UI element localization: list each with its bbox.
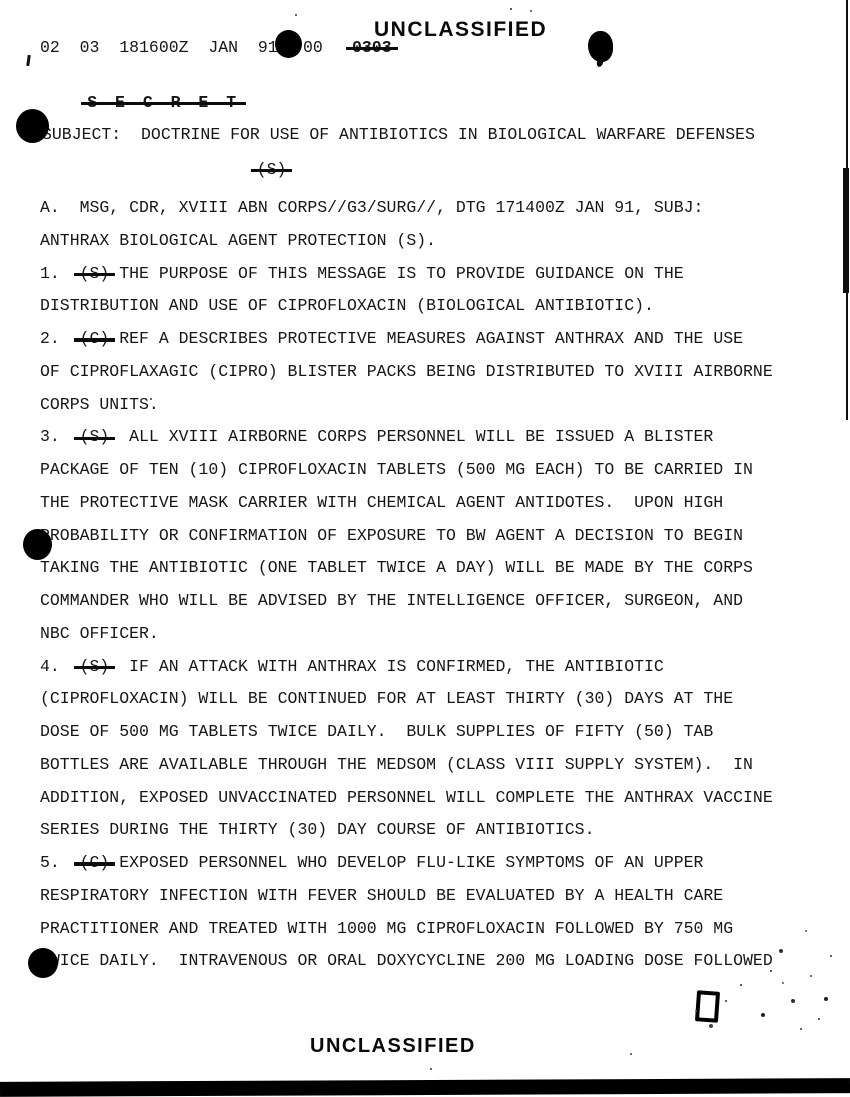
struck-subject-portion-marking: (S) — [257, 160, 287, 179]
document-line: TAKING THE ANTIBIOTIC (ONE TABLET TWICE … — [40, 552, 820, 585]
document-text: (CIPROFLOXACIN) WILL BE CONTINUED FOR AT… — [40, 689, 733, 708]
document-line: OF CIPROFLAXAGIC (CIPRO) BLISTER PACKS B… — [40, 356, 820, 389]
struck-portion-marking: (S) — [80, 258, 110, 291]
document-line: BOTTLES ARE AVAILABLE THROUGH THE MEDSOM… — [40, 749, 820, 782]
document-text: OF CIPROFLAXAGIC (CIPRO) BLISTER PACKS B… — [40, 362, 773, 381]
classification-banner-bottom: UNCLASSIFIED — [310, 1035, 476, 1058]
document-text: BOTTLES ARE AVAILABLE THROUGH THE MEDSOM… — [40, 755, 753, 774]
document-line: PRACTITIONER AND TREATED WITH 1000 MG CI… — [40, 913, 820, 946]
struck-portion-marking: (C) — [80, 323, 110, 356]
document-text: PRACTITIONER AND TREATED WITH 1000 MG CI… — [40, 919, 733, 938]
scan-speckle-noise — [770, 970, 772, 972]
document-text: REF A DESCRIBES PROTECTIVE MEASURES AGAI… — [109, 329, 743, 348]
document-text: TAKING THE ANTIBIOTIC (ONE TABLET TWICE … — [40, 558, 753, 577]
document-text: THE PROTECTIVE MASK CARRIER WITH CHEMICA… — [40, 493, 723, 512]
document-line: SERIES DURING THE THIRTY (30) DAY COURSE… — [40, 814, 820, 847]
message-datetime-suffix: 00 — [303, 38, 323, 57]
scan-speckle-noise-sparse — [510, 8, 512, 10]
document-text: NBC OFFICER. — [40, 624, 159, 643]
margin-tick-mark — [26, 55, 31, 66]
document-text: IF AN ATTACK WITH ANTHRAX IS CONFIRMED, … — [109, 657, 664, 676]
document-text: THE PURPOSE OF THIS MESSAGE IS TO PROVID… — [109, 264, 683, 283]
document-line: DISTRIBUTION AND USE OF CIPROFLOXACIN (B… — [40, 290, 820, 323]
document-line: TWICE DAILY. INTRAVENOUS OR ORAL DOXYCYC… — [40, 945, 820, 978]
document-text: CORPS UNITS. — [40, 395, 159, 414]
struck-secret-classification: S E C R E T — [87, 93, 240, 112]
struck-code: 0303 — [352, 38, 392, 57]
document-text: DOSE OF 500 MG TABLETS TWICE DAILY. BULK… — [40, 722, 713, 741]
document-line: THE PROTECTIVE MASK CARRIER WITH CHEMICA… — [40, 487, 820, 520]
document-line: DOSE OF 500 MG TABLETS TWICE DAILY. BULK… — [40, 716, 820, 749]
document-line: 1. (S) THE PURPOSE OF THIS MESSAGE IS TO… — [40, 258, 820, 291]
scanned-document-page: UNCLASSIFIED 02 03 181600Z JAN 91 00 030… — [0, 0, 850, 1097]
document-text: ALL XVIII AIRBORNE CORPS PERSONNEL WILL … — [109, 427, 713, 446]
struck-portion-marking: (S) — [80, 651, 110, 684]
document-text: ADDITION, EXPOSED UNVACCINATED PERSONNEL… — [40, 788, 773, 807]
document-line: 4. (S) IF AN ATTACK WITH ANTHRAX IS CONF… — [40, 651, 820, 684]
redaction-dot-bottom-margin — [28, 948, 58, 978]
classification-banner-top: UNCLASSIFIED — [374, 18, 547, 42]
redaction-dot-middle-margin — [23, 529, 52, 560]
document-line: 2. (C) REF A DESCRIBES PROTECTIVE MEASUR… — [40, 323, 820, 356]
struck-portion-marking: (C) — [80, 847, 110, 880]
document-line: 3. (S) ALL XVIII AIRBORNE CORPS PERSONNE… — [40, 421, 820, 454]
document-body: A. MSG, CDR, XVIII ABN CORPS//G3/SURG//,… — [40, 192, 820, 978]
document-line: 5. (C) EXPOSED PERSONNEL WHO DEVELOP FLU… — [40, 847, 820, 880]
hand-drawn-box-mark — [695, 990, 720, 1023]
document-text: TWICE DAILY. INTRAVENOUS OR ORAL DOXYCYC… — [40, 951, 773, 970]
document-text: DISTRIBUTION AND USE OF CIPROFLOXACIN (B… — [40, 296, 654, 315]
redaction-dot-subject-margin — [16, 109, 49, 143]
document-text: RESPIRATORY INFECTION WITH FEVER SHOULD … — [40, 886, 723, 905]
document-line: PROBABILITY OR CONFIRMATION OF EXPOSURE … — [40, 520, 820, 553]
message-datetime-group: 02 03 181600Z JAN 91 — [40, 38, 278, 57]
scan-edge-artifact-thick — [843, 168, 849, 293]
document-line: RESPIRATORY INFECTION WITH FEVER SHOULD … — [40, 880, 820, 913]
redaction-dot-header — [275, 30, 302, 58]
document-line: NBC OFFICER. — [40, 618, 820, 651]
document-text: PROBABILITY OR CONFIRMATION OF EXPOSURE … — [40, 526, 743, 545]
document-line: CORPS UNITS. — [40, 389, 820, 422]
document-line: A. MSG, CDR, XVIII ABN CORPS//G3/SURG//,… — [40, 192, 820, 225]
document-line: PACKAGE OF TEN (10) CIPROFLOXACIN TABLET… — [40, 454, 820, 487]
document-text: SERIES DURING THE THIRTY (30) DAY COURSE… — [40, 820, 595, 839]
subject-line: SUBJECT: DOCTRINE FOR USE OF ANTIBIOTICS… — [42, 125, 755, 144]
document-text: PACKAGE OF TEN (10) CIPROFLOXACIN TABLET… — [40, 460, 753, 479]
document-line: COMMANDER WHO WILL BE ADVISED BY THE INT… — [40, 585, 820, 618]
struck-portion-marking: (S) — [80, 421, 110, 454]
scan-bottom-black-bar — [0, 1078, 850, 1097]
document-text: COMMANDER WHO WILL BE ADVISED BY THE INT… — [40, 591, 743, 610]
document-text: ANTHRAX BIOLOGICAL AGENT PROTECTION (S). — [40, 231, 436, 250]
redaction-dot-top-right — [588, 31, 613, 62]
document-line: ANTHRAX BIOLOGICAL AGENT PROTECTION (S). — [40, 225, 820, 258]
document-text: EXPOSED PERSONNEL WHO DEVELOP FLU-LIKE S… — [109, 853, 703, 872]
document-text: A. MSG, CDR, XVIII ABN CORPS//G3/SURG//,… — [40, 198, 703, 217]
document-line: (CIPROFLOXACIN) WILL BE CONTINUED FOR AT… — [40, 683, 820, 716]
document-line: ADDITION, EXPOSED UNVACCINATED PERSONNEL… — [40, 782, 820, 815]
